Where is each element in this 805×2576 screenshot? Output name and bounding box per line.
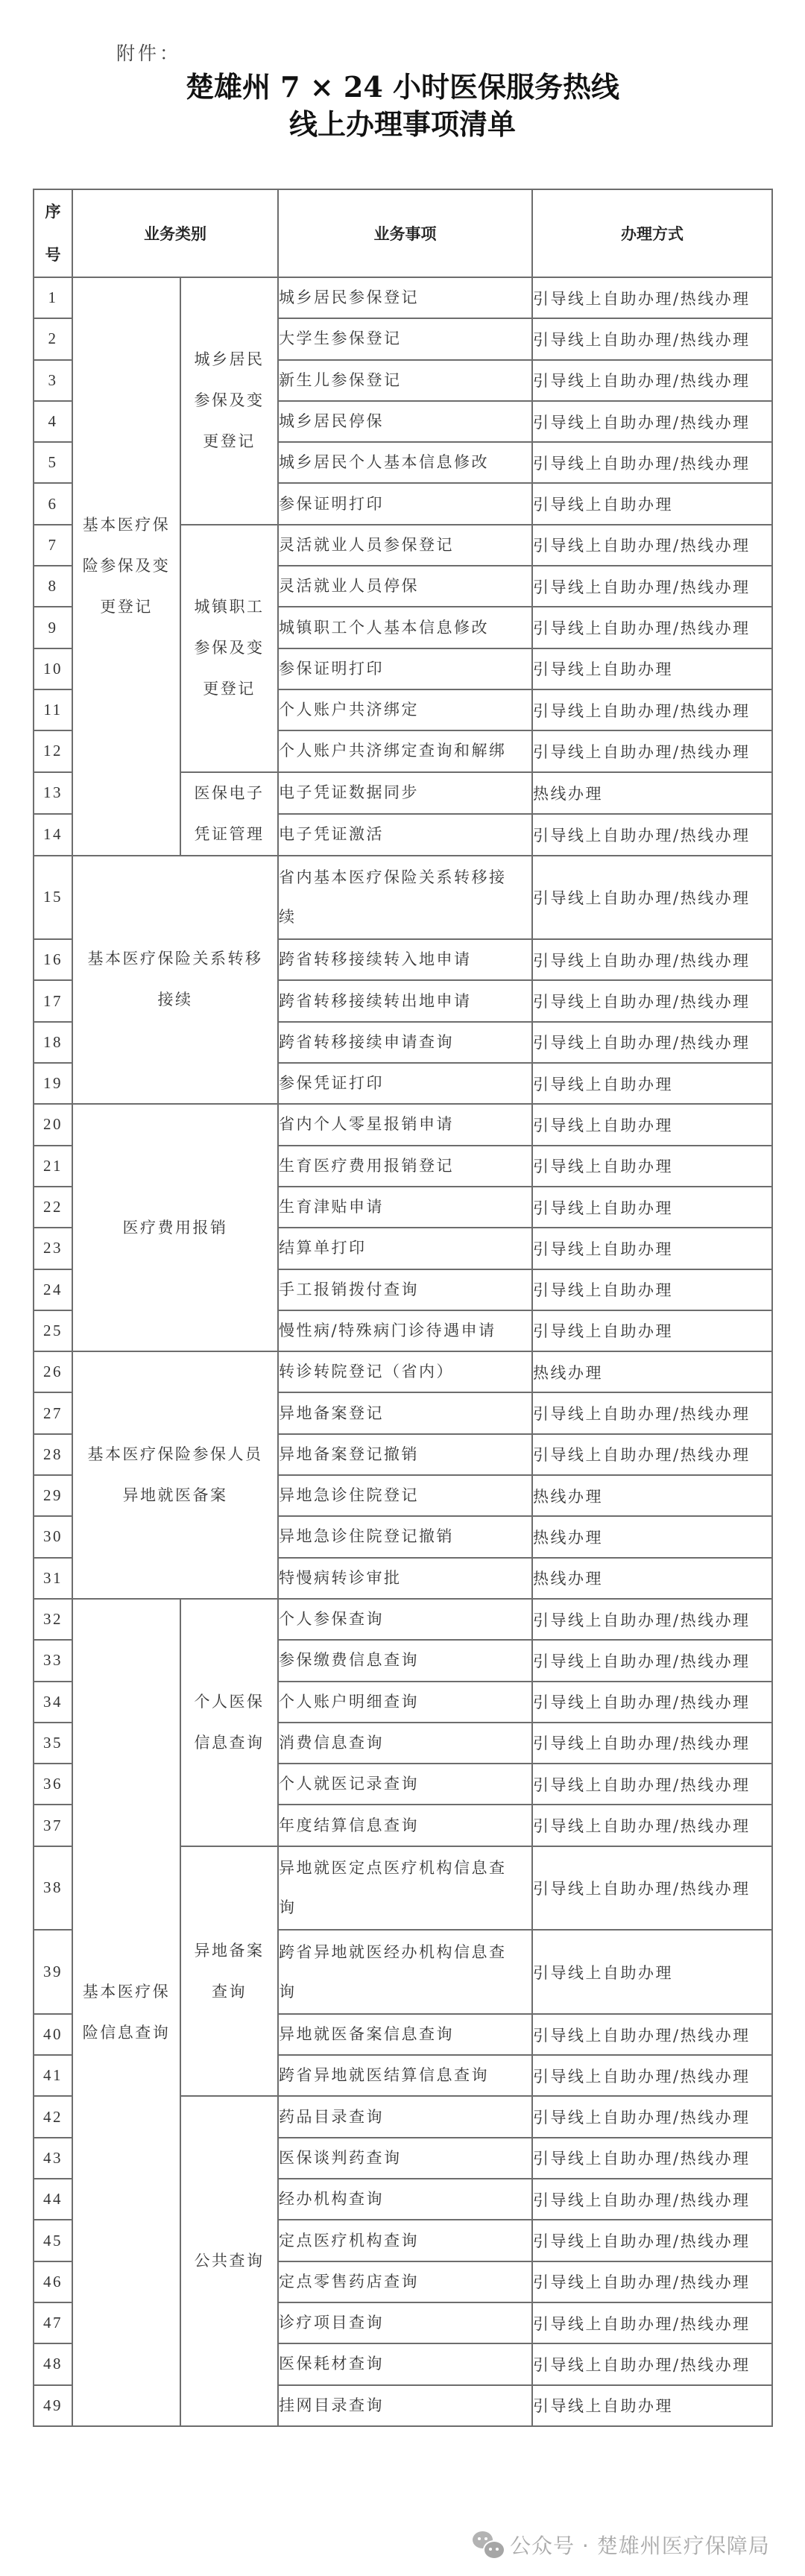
cell-line: 省内基本医疗保险关系转移接 — [279, 858, 531, 897]
cell-line: 参保缴费信息查询 — [279, 1641, 531, 1680]
header-seq: 序 号 — [34, 189, 72, 277]
cell-line: 更登记 — [73, 587, 180, 628]
row-number: 1 — [34, 277, 72, 318]
cell-line: 个人就医记录查询 — [279, 1764, 531, 1804]
handling-method: 引导线上自助办理/热线办理 — [532, 2343, 772, 2384]
business-category: 医疗费用报销 — [72, 1104, 278, 1351]
row-number: 25 — [34, 1310, 72, 1351]
cell-line: 基本医疗保险参保人员 — [73, 1434, 277, 1475]
cell-line: 经办机构查询 — [279, 2179, 531, 2219]
business-item: 电子凭证激活 — [278, 814, 532, 856]
cell-line: 参保证明打印 — [279, 649, 531, 689]
business-item: 跨省转移接续转出地申请 — [278, 980, 532, 1021]
handling-method: 引导线上自助办理 — [532, 1187, 772, 1228]
business-item: 个人账户明细查询 — [278, 1682, 532, 1723]
handling-method: 引导线上自助办理/热线办理 — [532, 277, 772, 318]
row-number: 36 — [34, 1764, 72, 1805]
business-item: 经办机构查询 — [278, 2179, 532, 2220]
header-item: 业务事项 — [278, 189, 532, 277]
watermark: 公众号 · 楚雄州医疗保障局 — [473, 2528, 770, 2561]
table-row: 26基本医疗保险参保人员异地就医备案转诊转院登记（省内）热线办理 — [34, 1351, 772, 1392]
handling-method: 引导线上自助办理/热线办理 — [532, 1599, 772, 1640]
cell-line: 个人参保查询 — [279, 1600, 531, 1639]
business-item: 定点零售药店查询 — [278, 2261, 532, 2302]
row-number: 7 — [34, 525, 72, 566]
business-item: 异地备案登记 — [278, 1392, 532, 1433]
cell-line: 生育津贴申请 — [279, 1187, 531, 1227]
table-row: 20医疗费用报销省内个人零星报销申请引导线上自助办理 — [34, 1104, 772, 1145]
cell-line: 异地急诊住院登记撤销 — [279, 1517, 531, 1556]
business-item: 特慢病转诊审批 — [278, 1558, 532, 1599]
cell-line: 接续 — [73, 979, 277, 1020]
cell-line: 医保谈判药查询 — [279, 2138, 531, 2178]
handling-method: 引导线上自助办理/热线办理 — [532, 1434, 772, 1475]
row-number: 22 — [34, 1187, 72, 1228]
handling-method: 引导线上自助办理 — [532, 1104, 772, 1145]
row-number: 12 — [34, 730, 72, 771]
cell-line: 医保电子 — [181, 773, 277, 814]
handling-method: 引导线上自助办理 — [532, 1930, 772, 2014]
cell-line: 个人账户共济绑定查询和解绑 — [279, 731, 531, 771]
cell-line: 参保凭证打印 — [279, 1064, 531, 1103]
business-item: 医保谈判药查询 — [278, 2138, 532, 2179]
handling-method: 引导线上自助办理 — [532, 2385, 772, 2426]
attachment-label: 附件： — [116, 39, 181, 66]
handling-method: 引导线上自助办理/热线办理 — [532, 1392, 772, 1433]
cell-line: 参保及变 — [181, 380, 277, 421]
document-title-line-1: 楚雄州 7 × 24 小时医保服务热线 — [0, 69, 805, 106]
handling-method: 引导线上自助办理/热线办理 — [532, 2096, 772, 2137]
business-item: 医保耗材查询 — [278, 2343, 532, 2384]
cell-line: 跨省转移接续转入地申请 — [279, 940, 531, 979]
cell-line: 电子凭证激活 — [279, 815, 531, 854]
cell-line: 结算单打印 — [279, 1228, 531, 1268]
handling-method: 引导线上自助办理/热线办理 — [532, 2014, 772, 2055]
cell-line: 城乡居民停保 — [279, 402, 531, 441]
business-item: 慢性病/特殊病门诊待遇申请 — [278, 1310, 532, 1351]
cell-line: 城乡居民 — [181, 339, 277, 380]
row-number: 10 — [34, 648, 72, 689]
handling-method: 引导线上自助办理/热线办理 — [532, 442, 772, 483]
cell-line: 定点零售药店查询 — [279, 2262, 531, 2302]
business-item: 个人账户共济绑定查询和解绑 — [278, 730, 532, 771]
cell-line: 异地急诊住院登记 — [279, 1476, 531, 1515]
handling-method: 引导线上自助办理/热线办理 — [532, 360, 772, 401]
cell-line: 诊疗项目查询 — [279, 2303, 531, 2343]
cell-line: 转诊转院登记（省内） — [279, 1352, 531, 1392]
business-item: 个人账户共济绑定 — [278, 689, 532, 730]
handling-method: 引导线上自助办理/热线办理 — [532, 856, 772, 940]
header-seq-line: 号 — [34, 233, 72, 277]
handling-method: 引导线上自助办理/热线办理 — [532, 1723, 772, 1764]
business-item: 消费信息查询 — [278, 1723, 532, 1764]
document-title-line-2: 线上办理事项清单 — [0, 106, 805, 143]
handling-method: 引导线上自助办理/热线办理 — [532, 2261, 772, 2302]
business-item: 异地就医备案信息查询 — [278, 2014, 532, 2055]
business-item: 结算单打印 — [278, 1228, 532, 1269]
cell-line: 城乡居民参保登记 — [279, 278, 531, 318]
cell-line: 年度结算信息查询 — [279, 1806, 531, 1846]
business-item: 大学生参保登记 — [278, 318, 532, 359]
handling-method: 热线办理 — [532, 1475, 772, 1516]
cell-line: 跨省异地就医经办机构信息查 — [279, 1933, 531, 1972]
handling-method: 引导线上自助办理 — [532, 1269, 772, 1310]
handling-method: 引导线上自助办理/热线办理 — [532, 939, 772, 980]
cell-line: 灵活就业人员参保登记 — [279, 525, 531, 565]
handling-method: 热线办理 — [532, 1516, 772, 1557]
cell-line: 参保证明打印 — [279, 484, 531, 524]
business-item: 异地急诊住院登记撤销 — [278, 1516, 532, 1557]
row-number: 16 — [34, 939, 72, 980]
handling-method: 引导线上自助办理/热线办理 — [532, 2055, 772, 2096]
cell-line: 定点医疗机构查询 — [279, 2221, 531, 2261]
handling-method: 引导线上自助办理/热线办理 — [532, 318, 772, 359]
business-category: 基本医疗保险参保人员异地就医备案 — [72, 1351, 278, 1599]
business-item: 新生儿参保登记 — [278, 360, 532, 401]
cell-line: 个人账户明细查询 — [279, 1682, 531, 1722]
cell-line: 省内个人零星报销申请 — [279, 1105, 531, 1144]
row-number: 11 — [34, 689, 72, 730]
business-item: 异地急诊住院登记 — [278, 1475, 532, 1516]
row-number: 26 — [34, 1351, 72, 1392]
handling-method: 引导线上自助办理/热线办理 — [532, 2220, 772, 2261]
row-number: 46 — [34, 2261, 72, 2302]
cell-line: 跨省转移接续申请查询 — [279, 1023, 531, 1062]
business-subcategory: 个人医保信息查询 — [180, 1599, 278, 1846]
row-number: 38 — [34, 1846, 72, 1931]
business-item: 跨省异地就医结算信息查询 — [278, 2055, 532, 2096]
business-item: 定点医疗机构查询 — [278, 2220, 532, 2261]
row-number: 21 — [34, 1146, 72, 1187]
cell-line: 更登记 — [181, 669, 277, 710]
handling-method: 引导线上自助办理/热线办理 — [532, 1846, 772, 1931]
handling-method: 引导线上自助办理/热线办理 — [532, 730, 772, 771]
cell-line: 险参保及变 — [73, 546, 180, 587]
handling-method: 热线办理 — [532, 772, 772, 814]
business-subcategory: 医保电子凭证管理 — [180, 772, 278, 856]
cell-line: 基本医疗保 — [73, 1972, 180, 2012]
business-subcategory: 异地备案查询 — [180, 1846, 278, 2097]
cell-line: 询 — [279, 1972, 531, 2012]
handling-method: 引导线上自助办理/热线办理 — [532, 980, 772, 1021]
business-subcategory: 城乡居民参保及变更登记 — [180, 277, 278, 525]
cell-line: 慢性病/特殊病门诊待遇申请 — [279, 1311, 531, 1351]
handling-method: 引导线上自助办理/热线办理 — [532, 2179, 772, 2220]
handling-method: 引导线上自助办理/热线办理 — [532, 566, 772, 607]
cell-line: 消费信息查询 — [279, 1723, 531, 1763]
table-row: 15基本医疗保险关系转移接续省内基本医疗保险关系转移接续引导线上自助办理/热线办… — [34, 856, 772, 940]
business-item: 跨省转移接续转入地申请 — [278, 939, 532, 980]
row-number: 8 — [34, 566, 72, 607]
row-number: 14 — [34, 814, 72, 856]
business-item: 年度结算信息查询 — [278, 1805, 532, 1846]
cell-line: 续 — [279, 897, 531, 937]
row-number: 35 — [34, 1723, 72, 1764]
cell-line: 挂网目录查询 — [279, 2386, 531, 2425]
cell-line: 大学生参保登记 — [279, 319, 531, 359]
business-item: 城乡居民停保 — [278, 401, 532, 442]
business-item: 手工报销拨付查询 — [278, 1269, 532, 1310]
cell-line: 新生儿参保登记 — [279, 361, 531, 400]
cell-line: 公共查询 — [181, 2241, 277, 2282]
cell-line: 异地就医定点医疗机构信息查 — [279, 1849, 531, 1888]
business-category: 基本医疗保险信息查询 — [72, 1599, 180, 2426]
cell-line: 异地就医备案 — [73, 1475, 277, 1516]
business-item: 省内个人零星报销申请 — [278, 1104, 532, 1145]
handling-method: 引导线上自助办理 — [532, 483, 772, 524]
services-table: 序 号 业务类别 业务事项 办理方式 1基本医疗保险参保及变更登记城乡居民参保及… — [33, 189, 773, 2427]
row-number: 42 — [34, 2096, 72, 2137]
business-item: 个人参保查询 — [278, 1599, 532, 1640]
row-number: 31 — [34, 1558, 72, 1599]
cell-line: 查询 — [181, 1972, 277, 2012]
business-item: 参保证明打印 — [278, 483, 532, 524]
handling-method: 引导线上自助办理 — [532, 1310, 772, 1351]
handling-method: 引导线上自助办理/热线办理 — [532, 1640, 772, 1681]
business-category: 基本医疗保险参保及变更登记 — [72, 277, 180, 856]
cell-line: 医保耗材查询 — [279, 2344, 531, 2384]
row-number: 33 — [34, 1640, 72, 1681]
business-item: 城乡居民个人基本信息修改 — [278, 442, 532, 483]
row-number: 48 — [34, 2343, 72, 2384]
row-number: 15 — [34, 856, 72, 940]
business-item: 参保缴费信息查询 — [278, 1640, 532, 1681]
business-subcategory: 公共查询 — [180, 2096, 278, 2425]
cell-line: 询 — [279, 1888, 531, 1928]
handling-method: 热线办理 — [532, 1351, 772, 1392]
business-subcategory: 城镇职工参保及变更登记 — [180, 525, 278, 772]
cell-line: 药品目录查询 — [279, 2097, 531, 2137]
cell-line: 城乡居民个人基本信息修改 — [279, 443, 531, 482]
row-number: 41 — [34, 2055, 72, 2096]
business-item: 跨省异地就医经办机构信息查询 — [278, 1930, 532, 2014]
handling-method: 引导线上自助办理/热线办理 — [532, 607, 772, 648]
row-number: 2 — [34, 318, 72, 359]
row-number: 43 — [34, 2138, 72, 2179]
cell-line: 基本医疗保 — [73, 505, 180, 546]
header-category: 业务类别 — [72, 189, 278, 277]
cell-line: 特慢病转诊审批 — [279, 1559, 531, 1598]
watermark-text: 公众号 · 楚雄州医疗保障局 — [510, 2530, 770, 2560]
row-number: 44 — [34, 2179, 72, 2220]
row-number: 30 — [34, 1516, 72, 1557]
cell-line: 险信息查询 — [73, 2012, 180, 2053]
business-item: 药品目录查询 — [278, 2096, 532, 2137]
cell-line: 异地备案登记 — [279, 1394, 531, 1433]
table-body: 1基本医疗保险参保及变更登记城乡居民参保及变更登记城乡居民参保登记引导线上自助办… — [34, 277, 772, 2426]
business-item: 个人就医记录查询 — [278, 1764, 532, 1805]
handling-method: 热线办理 — [532, 1558, 772, 1599]
row-number: 27 — [34, 1392, 72, 1433]
business-item: 灵活就业人员停保 — [278, 566, 532, 607]
handling-method: 引导线上自助办理/热线办理 — [532, 2138, 772, 2179]
row-number: 37 — [34, 1805, 72, 1846]
cell-line: 凭证管理 — [181, 814, 277, 855]
wechat-icon — [473, 2530, 504, 2560]
business-item: 挂网目录查询 — [278, 2385, 532, 2426]
business-item: 跨省转移接续申请查询 — [278, 1022, 532, 1063]
handling-method: 引导线上自助办理/热线办理 — [532, 1022, 772, 1063]
row-number: 49 — [34, 2385, 72, 2426]
handling-method: 引导线上自助办理/热线办理 — [532, 525, 772, 566]
row-number: 39 — [34, 1930, 72, 2014]
row-number: 3 — [34, 360, 72, 401]
cell-line: 生育医疗费用报销登记 — [279, 1146, 531, 1186]
business-item: 灵活就业人员参保登记 — [278, 525, 532, 566]
cell-line: 个人账户共济绑定 — [279, 690, 531, 730]
cell-line: 更登记 — [181, 421, 277, 462]
business-category: 基本医疗保险关系转移接续 — [72, 856, 278, 1105]
row-number: 9 — [34, 607, 72, 648]
row-number: 24 — [34, 1269, 72, 1310]
business-item: 参保凭证打印 — [278, 1063, 532, 1104]
row-number: 40 — [34, 2014, 72, 2055]
table-row: 1基本医疗保险参保及变更登记城乡居民参保及变更登记城乡居民参保登记引导线上自助办… — [34, 277, 772, 318]
row-number: 29 — [34, 1475, 72, 1516]
row-number: 5 — [34, 442, 72, 483]
row-number: 34 — [34, 1682, 72, 1723]
table-header-row: 序 号 业务类别 业务事项 办理方式 — [34, 189, 772, 277]
row-number: 13 — [34, 772, 72, 814]
handling-method: 引导线上自助办理/热线办理 — [532, 1682, 772, 1723]
handling-method: 引导线上自助办理 — [532, 1063, 772, 1104]
cell-line: 灵活就业人员停保 — [279, 566, 531, 606]
row-number: 32 — [34, 1599, 72, 1640]
cell-line: 城镇职工个人基本信息修改 — [279, 608, 531, 648]
header-seq-line: 序 — [34, 190, 72, 233]
handling-method: 引导线上自助办理/热线办理 — [532, 1805, 772, 1846]
business-item: 电子凭证数据同步 — [278, 772, 532, 814]
handling-method: 引导线上自助办理/热线办理 — [532, 1764, 772, 1805]
row-number: 17 — [34, 980, 72, 1021]
business-item: 参保证明打印 — [278, 648, 532, 689]
row-number: 23 — [34, 1228, 72, 1269]
cell-line: 异地备案 — [181, 1931, 277, 1972]
handling-method: 引导线上自助办理/热线办理 — [532, 689, 772, 730]
business-item: 转诊转院登记（省内） — [278, 1351, 532, 1392]
row-number: 45 — [34, 2220, 72, 2261]
business-item: 异地备案登记撤销 — [278, 1434, 532, 1475]
business-item: 城乡居民参保登记 — [278, 277, 532, 318]
row-number: 4 — [34, 401, 72, 442]
cell-line: 异地就医备案信息查询 — [279, 2015, 531, 2054]
row-number: 20 — [34, 1104, 72, 1145]
cell-line: 参保及变 — [181, 628, 277, 669]
cell-line: 跨省转移接续转出地申请 — [279, 982, 531, 1021]
business-item: 生育医疗费用报销登记 — [278, 1146, 532, 1187]
business-item: 城镇职工个人基本信息修改 — [278, 607, 532, 648]
business-item: 异地就医定点医疗机构信息查询 — [278, 1846, 532, 1931]
header-method: 办理方式 — [532, 189, 772, 277]
cell-line: 电子凭证数据同步 — [279, 773, 531, 812]
row-number: 47 — [34, 2302, 72, 2343]
cell-line: 信息查询 — [181, 1723, 277, 1764]
handling-method: 引导线上自助办理/热线办理 — [532, 2302, 772, 2343]
business-item: 省内基本医疗保险关系转移接续 — [278, 856, 532, 940]
handling-method: 引导线上自助办理/热线办理 — [532, 401, 772, 442]
cell-line: 异地备案登记撤销 — [279, 1435, 531, 1474]
handling-method: 引导线上自助办理 — [532, 648, 772, 689]
business-item: 诊疗项目查询 — [278, 2302, 532, 2343]
row-number: 28 — [34, 1434, 72, 1475]
business-item: 生育津贴申请 — [278, 1187, 532, 1228]
handling-method: 引导线上自助办理 — [532, 1146, 772, 1187]
cell-line: 城镇职工 — [181, 587, 277, 628]
row-number: 18 — [34, 1022, 72, 1063]
cell-line: 基本医疗保险关系转移 — [73, 938, 277, 979]
handling-method: 引导线上自助办理 — [532, 1228, 772, 1269]
row-number: 6 — [34, 483, 72, 524]
handling-method: 引导线上自助办理/热线办理 — [532, 814, 772, 856]
table-row: 32基本医疗保险信息查询个人医保信息查询个人参保查询引导线上自助办理/热线办理 — [34, 1599, 772, 1640]
row-number: 19 — [34, 1063, 72, 1104]
cell-line: 跨省异地就医结算信息查询 — [279, 2056, 531, 2095]
cell-line: 手工报销拨付查询 — [279, 1270, 531, 1310]
cell-line: 个人医保 — [181, 1682, 277, 1723]
cell-line: 医疗费用报销 — [73, 1207, 277, 1248]
